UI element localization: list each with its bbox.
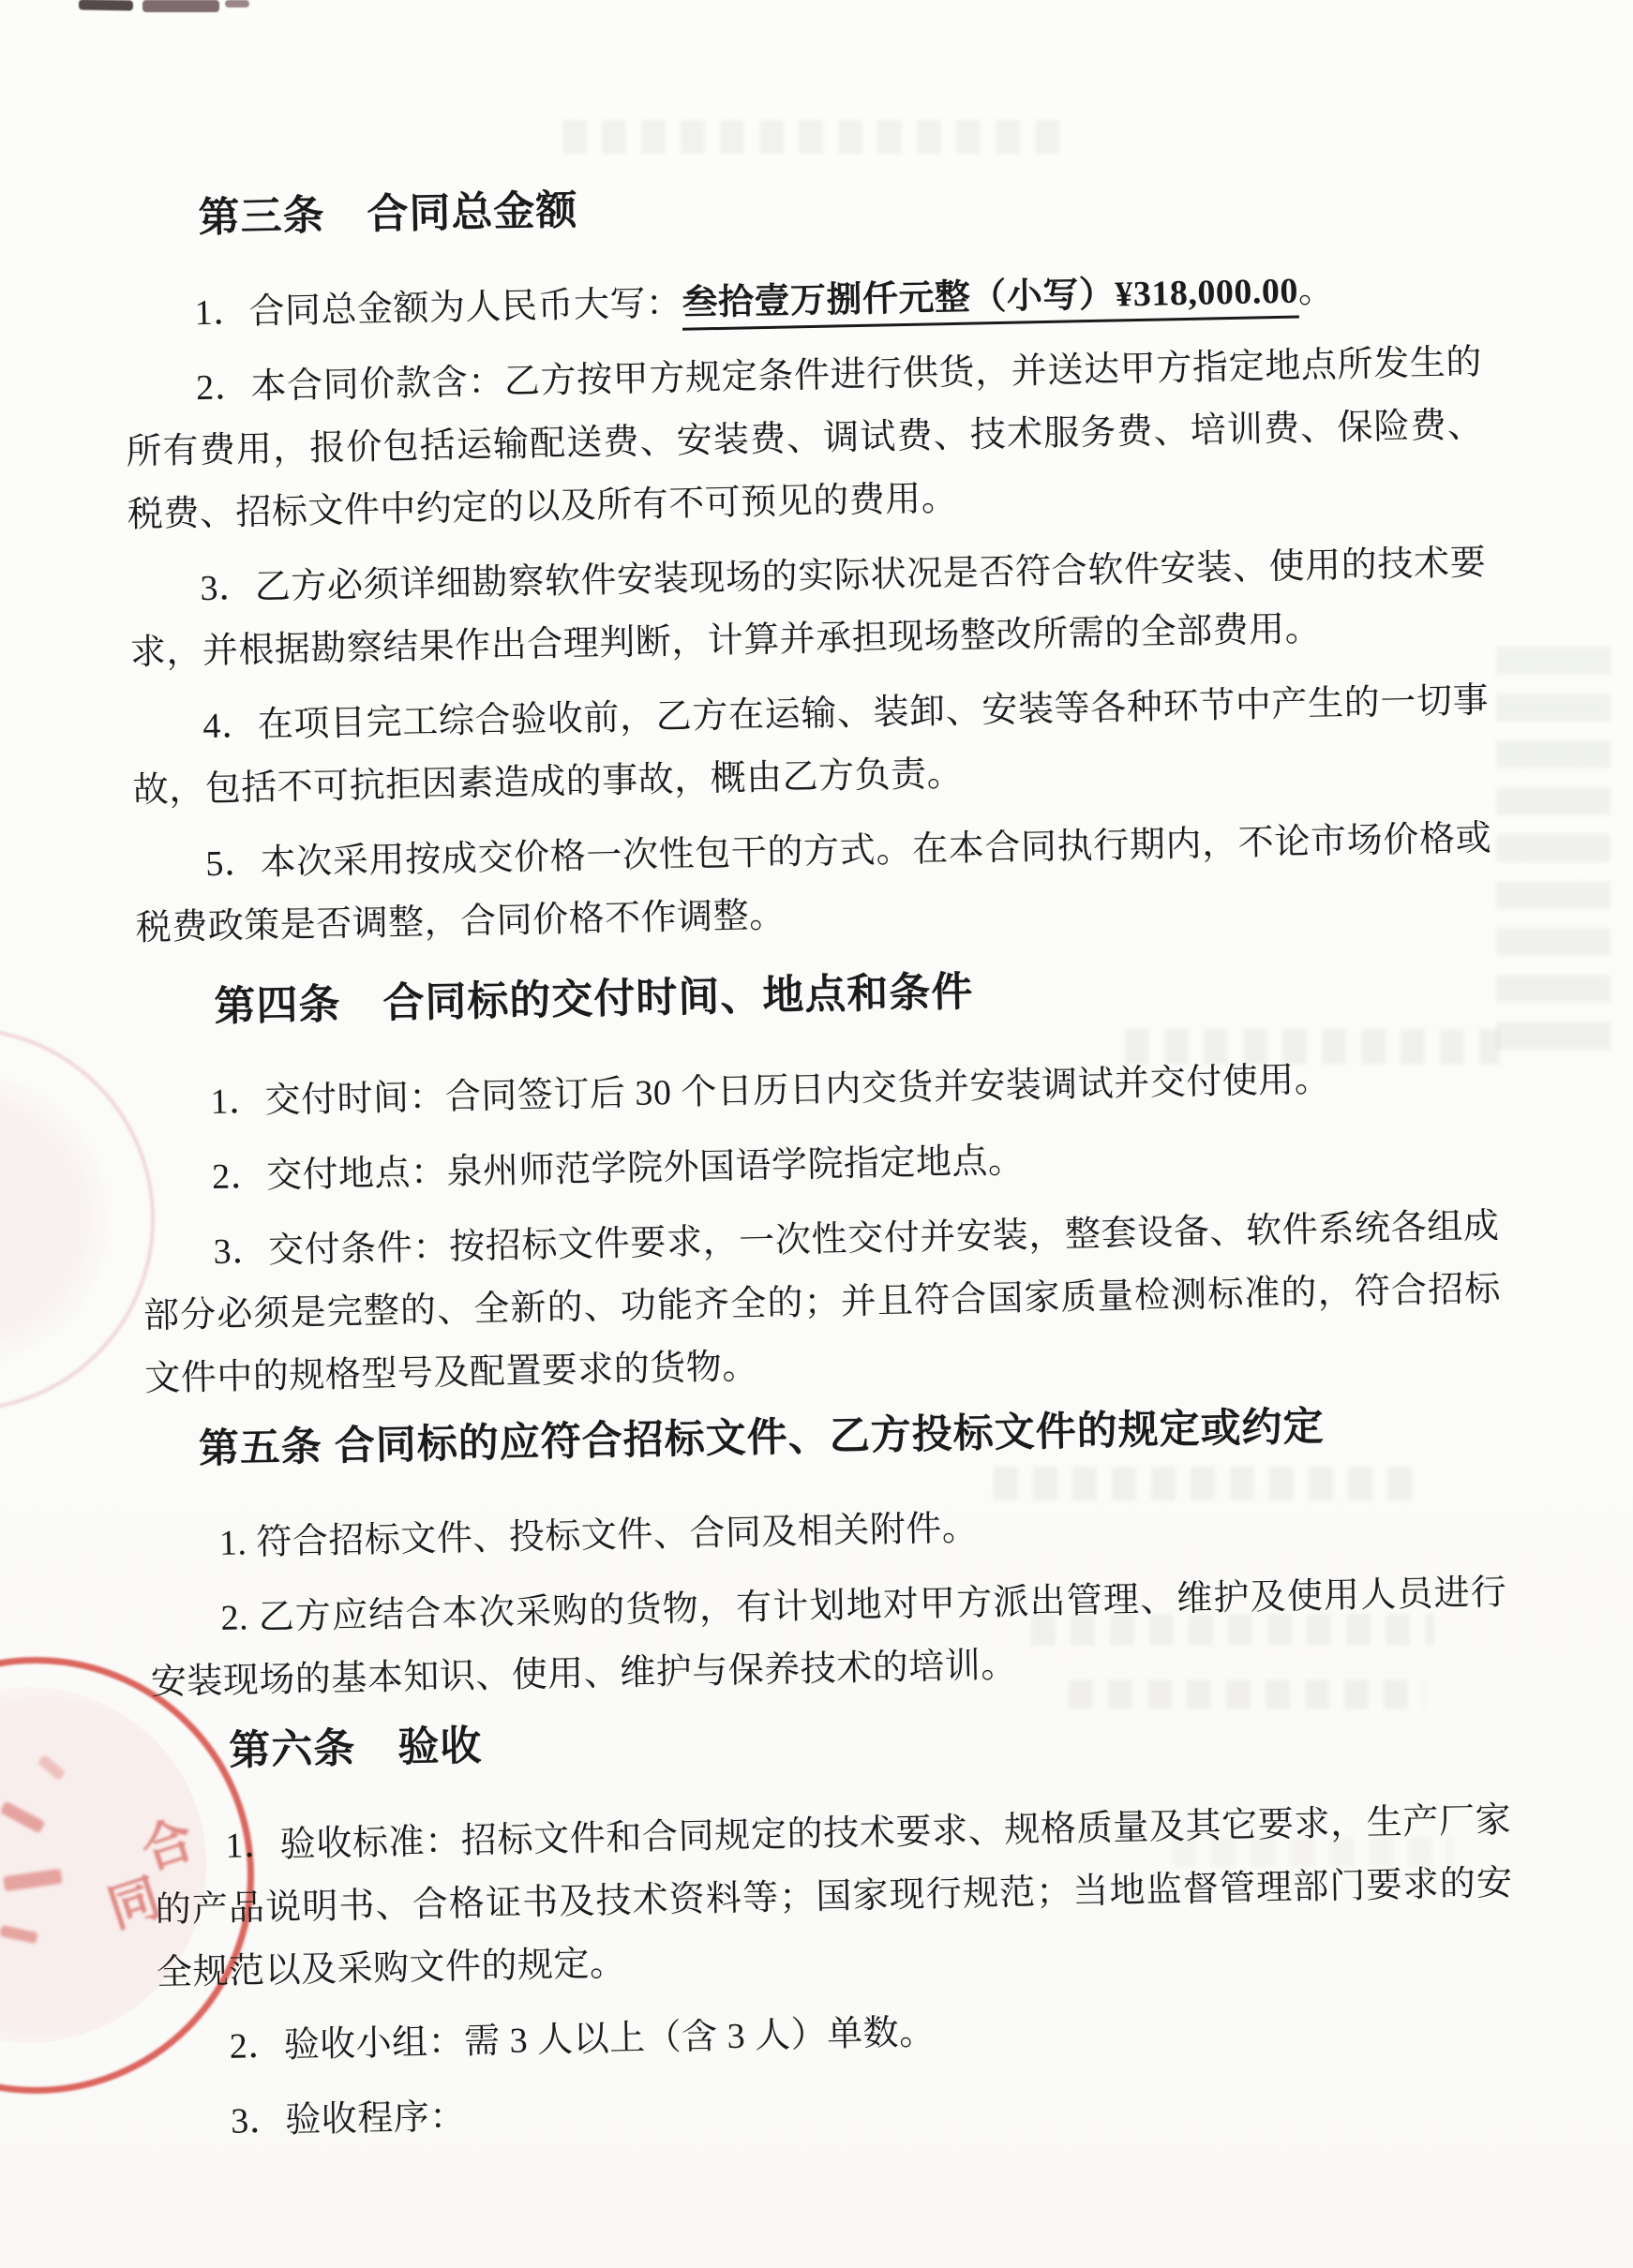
amount-clause-prefix: 1．合同总金额为人民币大写： <box>194 284 682 333</box>
bleedthrough-noise <box>1496 647 1611 1050</box>
amount-underlined-value: 叁拾壹万捌仟元整（小写）¥318,000.00 <box>682 272 1298 331</box>
article-6-item-1: 1．验收标准：招标文件和合同规定的技术要求、规格质量及其它要求，生产厂家的产品说… <box>154 1789 1515 2005</box>
scanned-contract-page: 合 同 第三条 合同总金额 1．合同总金额为人民币大写：叁拾壹万捌仟元整（小写）… <box>0 0 1633 2268</box>
article-6-item-2: 2．验收小组：需 3 人以上（含 3 人）单数。 <box>157 1990 1516 2080</box>
article-3-item-3: 3．乙方必须详细勘察软件安装现场的实际状况是否符合软件安装、使用的技术要求，并根… <box>128 532 1488 685</box>
article-4-item-1: 1．交付时间：合同签订后 30 个日历日内交货并安装调试并交付使用。 <box>139 1045 1497 1135</box>
document-body: 第三条 合同总金额 1．合同总金额为人民币大写：叁拾壹万捌仟元整（小写）¥318… <box>121 167 1518 2168</box>
article-6-item-3: 3．验收程序： <box>159 2065 1518 2155</box>
article-4-heading: 第四条 合同标的交付时间、地点和条件 <box>214 956 1495 1034</box>
bleedthrough-noise <box>562 120 1059 154</box>
article-4-item-2: 2．交付地点：泉州师范学院外国语学院指定地点。 <box>140 1120 1498 1210</box>
article-3-item-2: 2．本合同价款含：乙方按甲方规定条件进行供货，并送达甲方指定地点所发生的所有费用… <box>125 332 1486 547</box>
article-6-heading: 第六条 验收 <box>229 1699 1510 1777</box>
article-3-item-4: 4．在项目完工综合验收前，乙方在运输、装卸、安装等各种环节中产生的一切事故，包括… <box>131 670 1491 823</box>
amount-clause-suffix: 。 <box>1297 271 1334 311</box>
binding-mark <box>225 0 249 7</box>
article-3-heading: 第三条 合同总金额 <box>198 167 1479 245</box>
binding-mark <box>79 0 133 11</box>
article-5-item-2: 2. 乙方应结合本次采购的货物，有计划地对甲方派出管理、维护及使用人员进行安装现… <box>149 1561 1508 1714</box>
article-3-item-1: 1．合同总金额为人民币大写：叁拾壹万捌仟元整（小写）¥318,000.00。 <box>123 257 1481 347</box>
article-4-item-3: 3．交付条件：按招标文件要求，一次性交付并安装，整套设备、软件系统各组成部分必须… <box>142 1195 1503 1410</box>
article-5-item-1: 1. 符合招标文件、投标文件、合同及相关附件。 <box>147 1486 1506 1576</box>
article-3-item-5: 5．本次采用按成交价格一次性包干的方式。在本合同执行期内，不论市场价格或税费政策… <box>134 808 1493 961</box>
article-5-heading: 第五条 合同标的应符合招标文件、乙方投标文件的规定或约定 <box>198 1396 1504 1475</box>
binding-mark <box>142 0 219 12</box>
